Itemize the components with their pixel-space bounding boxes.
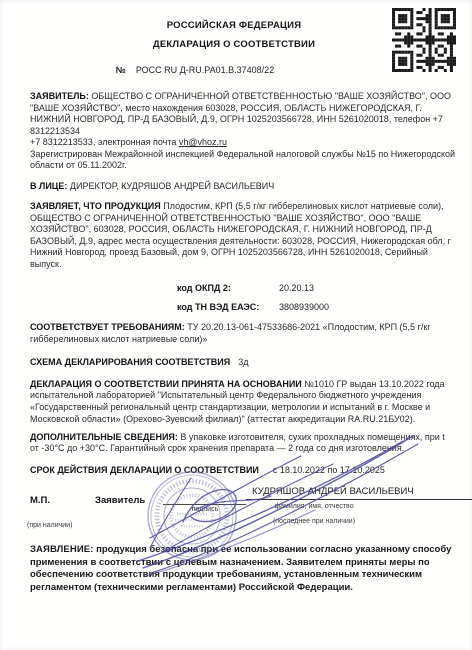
validity-dates: с 18.10.2022 по 17.10.2025 [273,465,385,475]
name-caption: фамилия, имя, отчество [243,503,385,510]
country-title: РОССИЙСКАЯ ФЕДЕРАЦИЯ [30,20,438,31]
scheme-label: СХЕМА ДЕКЛАРИРОВАНИЯ СООТВЕТСТВИЯ [30,357,230,367]
declaration-number: №РОСС RU Д-RU.РА01.В.37408/22 [30,65,360,75]
basis-section: ДЕКЛАРАЦИЯ О СООТВЕТСТВИИ ПРИНЯТА НА ОСН… [30,379,456,426]
number-label: № [116,65,126,75]
okpd-code-label: код ОКПД 2: [177,283,267,293]
additional-info-section: ДОПОЛНИТЕЛЬНЫЕ СВЕДЕНИЯ: В упаковке изго… [30,432,456,455]
okpd-code-row: код ОКПД 2: 20.20.13 [30,283,456,293]
tnved-code-row: код ТН ВЭД ЕАЭС: 3808939000 [30,302,456,312]
person-text: ДИРЕКТОР, КУДРЯШОВ АНДРЕЙ ВАСИЛЬЕВИЧ [70,181,274,191]
signature-block: М.П. Заявитель подпись КУДРЯШОВ АНДРЕЙ В… [0,486,472,538]
validity-label: СРОК ДЕЙСТВИЯ ДЕКЛАРАЦИИ О СООТВЕТСТВИИ [30,465,259,475]
product-section: ЗАЯВЛЯЕТ, ЧТО ПРОДУКЦИЯ Плодостим, КРП (… [30,201,456,270]
scheme-section: СХЕМА ДЕКЛАРИРОВАНИЯ СООТВЕТСТВИЯ3д [30,357,456,369]
person-section: В ЛИЦЕ: ДИРЕКТОР, КУДРЯШОВ АНДРЕЙ ВАСИЛЬ… [30,181,456,193]
tnved-code-value: 3808939000 [279,302,329,312]
signatory-role-label: Заявитель [95,495,145,506]
statement-section: ЗАЯВЛЕНИЕ: продукция безопасна при ее ис… [30,544,454,594]
stamp-place-note: (при наличии) [27,522,72,529]
document-body: РОССИЙСКАЯ ФЕДЕРАЦИЯ ДЕКЛАРАЦИЯ О СООТВЕ… [0,0,472,594]
codes-section: код ОКПД 2: 20.20.13 код ТН ВЭД ЕАЭС: 38… [30,283,456,312]
person-label: В ЛИЦЕ: [30,181,67,191]
product-text: Плодостим, КРП (5,5 г/кг гибберелиновых … [30,201,451,269]
declaration-document: РОССИЙСКАЯ ФЕДЕРАЦИЯ ДЕКЛАРАЦИЯ О СООТВЕ… [0,0,472,650]
applicant-email: vh@vhoz.ru [179,137,227,147]
number-value: РОСС RU Д-RU.РА01.В.37408/22 [136,65,274,75]
statement-label: ЗАЯВЛЕНИЕ: [30,544,93,555]
basis-label: ДЕКЛАРАЦИЯ О СООТВЕТСТВИИ ПРИНЯТА НА ОСН… [30,379,302,389]
document-title: ДЕКЛАРАЦИЯ О СООТВЕТСТВИИ [30,39,438,50]
applicant-section: ЗАЯВИТЕЛЬ: ОБЩЕСТВО С ОГРАНИЧЕННОЙ ОТВЕТ… [30,91,456,172]
scheme-value: 3д [238,357,248,367]
signature-caption: подпись [165,506,245,513]
signature-line [163,490,246,505]
tnved-code-label: код ТН ВЭД ЕАЭС: [177,302,267,312]
validity-section: СРОК ДЕЙСТВИЯ ДЕКЛАРАЦИИ О СООТВЕТСТВИИс… [30,465,456,477]
product-label: ЗАЯВЛЯЕТ, ЧТО ПРОДУКЦИЯ [30,201,161,211]
compliance-label: СООТВЕТСТВУЕТ ТРЕБОВАНИЯМ: [30,322,185,332]
name-caption-note: (последнее при наличии) [243,518,385,525]
additional-info-label: ДОПОЛНИТЕЛЬНЫЕ СВЕДЕНИЯ: [30,432,178,442]
statement-text: продукция безопасна при ее использовании… [30,544,451,593]
signatory-name: КУДРЯШОВ АНДРЕЙ ВАСИЛЬЕВИЧ [252,486,414,497]
okpd-code-value: 20.20.13 [279,283,314,293]
qr-code-icon [391,8,457,72]
applicant-label: ЗАЯВИТЕЛЬ: [30,91,89,101]
document-header: РОССИЙСКАЯ ФЕДЕРАЦИЯ ДЕКЛАРАЦИЯ О СООТВЕ… [30,20,438,75]
applicant-phone: +7 8312213533, электронная почта [30,137,179,147]
applicant-registered: Зарегистрирован Межрайонной инспекцией Ф… [30,149,455,171]
compliance-section: СООТВЕТСТВУЕТ ТРЕБОВАНИЯМ: ТУ 20.20.13-0… [30,322,456,345]
applicant-text: ОБЩЕСТВО С ОГРАНИЧЕННОЙ ОТВЕТСТВЕННОСТЬЮ… [30,91,451,136]
stamp-place-label: М.П. [30,495,50,506]
